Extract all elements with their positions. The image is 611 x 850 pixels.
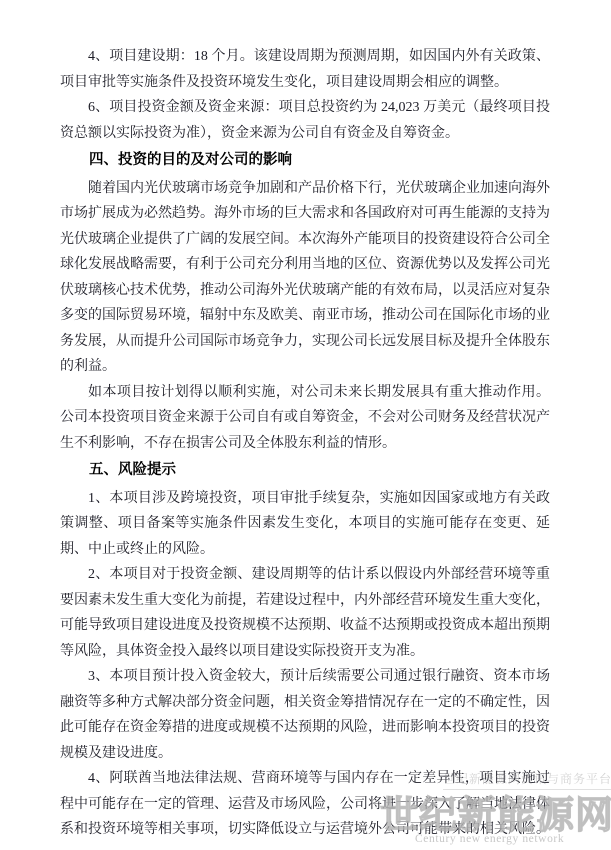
risk-paragraph-1: 1、本项目涉及跨境投资，项目审批手续复杂，实施如因国家或地方有关政策调整、项目备… [60, 486, 550, 563]
risk-paragraph-4: 4、阿联酋当地法律法规、营商环境等与国内存在一定差异性，项目实施过程中可能存在一… [60, 766, 550, 843]
purpose-paragraph-1: 随着国内光伏玻璃市场竞争加剧和产品价格下行，光伏玻璃企业加速向海外市场扩展成为必… [60, 176, 550, 380]
document-page: 4、项目建设期：18 个月。该建设周期为预测周期，如因国内外有关政策、项目审批等… [0, 0, 611, 850]
section-heading-four-investment-purpose: 四、投资的目的及对公司的影响 [60, 148, 550, 174]
item-6-investment-amount: 6、项目投资金额及资金来源：项目总投资约为 24,023 万美元（最终项目投资总… [60, 95, 550, 146]
risk-paragraph-2: 2、本项目对于投资金额、建设周期等的估计系以假设内外部经营环境等重要因素未发生重… [60, 562, 550, 664]
section-heading-five-risk-notice: 五、风险提示 [60, 458, 550, 484]
purpose-paragraph-2: 如本项目按计划得以顺利实施，对公司未来长期发展具有重大推动作用。 公司本投资项目… [60, 380, 550, 457]
document-body: 4、项目建设期：18 个月。该建设周期为预测周期，如因国内外有关政策、项目审批等… [60, 44, 550, 843]
item-4-construction-period: 4、项目建设期：18 个月。该建设周期为预测周期，如因国内外有关政策、项目审批等… [60, 44, 550, 95]
risk-paragraph-3: 3、本项目预计投入资金较大，预计后续需要公司通过银行融资、资本市场融资等多种方式… [60, 664, 550, 766]
